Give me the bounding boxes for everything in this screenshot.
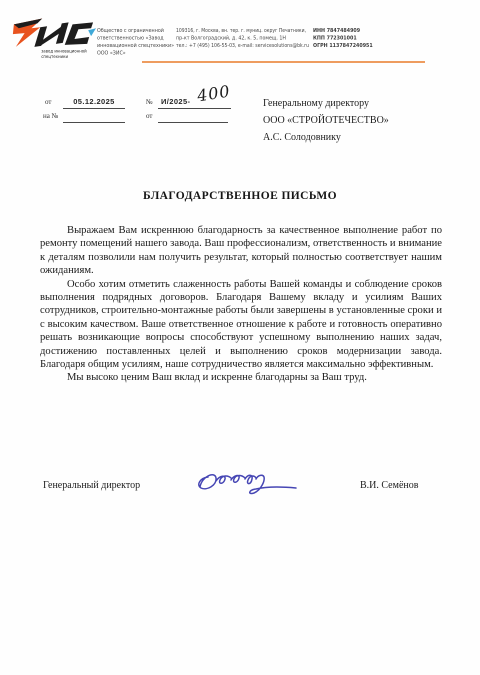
inn-line: ИНН 7847484909 [313, 28, 361, 34]
kpp-line: КПП 772301001 [313, 36, 357, 42]
company-line: ответственностью «Завод [97, 36, 164, 42]
reply-number-field-empty [63, 109, 125, 123]
ogrn-line: ОГРН 1137847240951 [313, 43, 373, 49]
recipient-position: Генеральному директору [263, 95, 389, 112]
address-block: 109316, г. Москва, вн. тер. г. муниц. ок… [176, 28, 309, 49]
address-line: тел.: +7 (495) 106-55-03, e-mail: servic… [176, 43, 309, 49]
company-line: Общество с ограниченной [97, 27, 164, 34]
address-line: 109316, г. Москва, вн. тер. г. муниц. ок… [176, 28, 306, 34]
signature-scribble-icon [190, 460, 302, 504]
letter-body: Выражаем Вам искреннюю благодарность за … [40, 224, 442, 385]
logo-tagline-line1: завод инновационной [41, 49, 87, 54]
signatory-position: Генеральный директор [43, 480, 140, 491]
logo-letter-s [65, 22, 93, 44]
letter-title: БЛАГОДАРСТВЕННОЕ ПИСЬМО [0, 190, 480, 202]
company-line: инновационной спецтехники» [97, 42, 174, 49]
letterhead-columns: Общество с ограниченной ответственностью… [95, 24, 430, 66]
recipient-name: А.С. Солодовнику [263, 129, 389, 146]
number-label: № [146, 98, 153, 106]
zis-logo-icon: завод инновационной спецтехники [8, 15, 96, 63]
logo-tagline-line2: спецтехники [41, 54, 68, 59]
date-field: 05.12.2025 [63, 95, 125, 109]
reply-date-field-empty [158, 109, 228, 123]
reply-to-label: на № [43, 112, 58, 120]
requisites-block: ИНН 7847484909 КПП 772301001 ОГРН 113784… [313, 28, 373, 49]
address-line: пр-кт Волгоградский, д. 42, к. 5, помещ.… [176, 35, 286, 42]
body-paragraph-2: Особо хотим отметить слаженность работы … [40, 278, 442, 372]
company-line: ООО «ЗИС» [97, 51, 126, 57]
body-paragraph-3: Мы высоко ценим Ваш вклад и искренне бла… [40, 371, 442, 384]
date-from-label: от [45, 98, 51, 106]
signatory-name: В.И. Семёнов [360, 480, 418, 491]
body-paragraph-1: Выражаем Вам искреннюю благодарность за … [40, 224, 442, 278]
company-name-block: Общество с ограниченной ответственностью… [97, 27, 174, 57]
letter-page: завод инновационной спецтехники Общество… [0, 0, 480, 675]
logo-letter-i [34, 22, 68, 46]
recipient-company: ООО «СТРОЙОТЕЧЕСТВО» [263, 112, 389, 129]
recipient-block: Генеральному директору ООО «СТРОЙОТЕЧЕСТ… [263, 95, 389, 146]
reply-from-label: от [146, 112, 152, 120]
